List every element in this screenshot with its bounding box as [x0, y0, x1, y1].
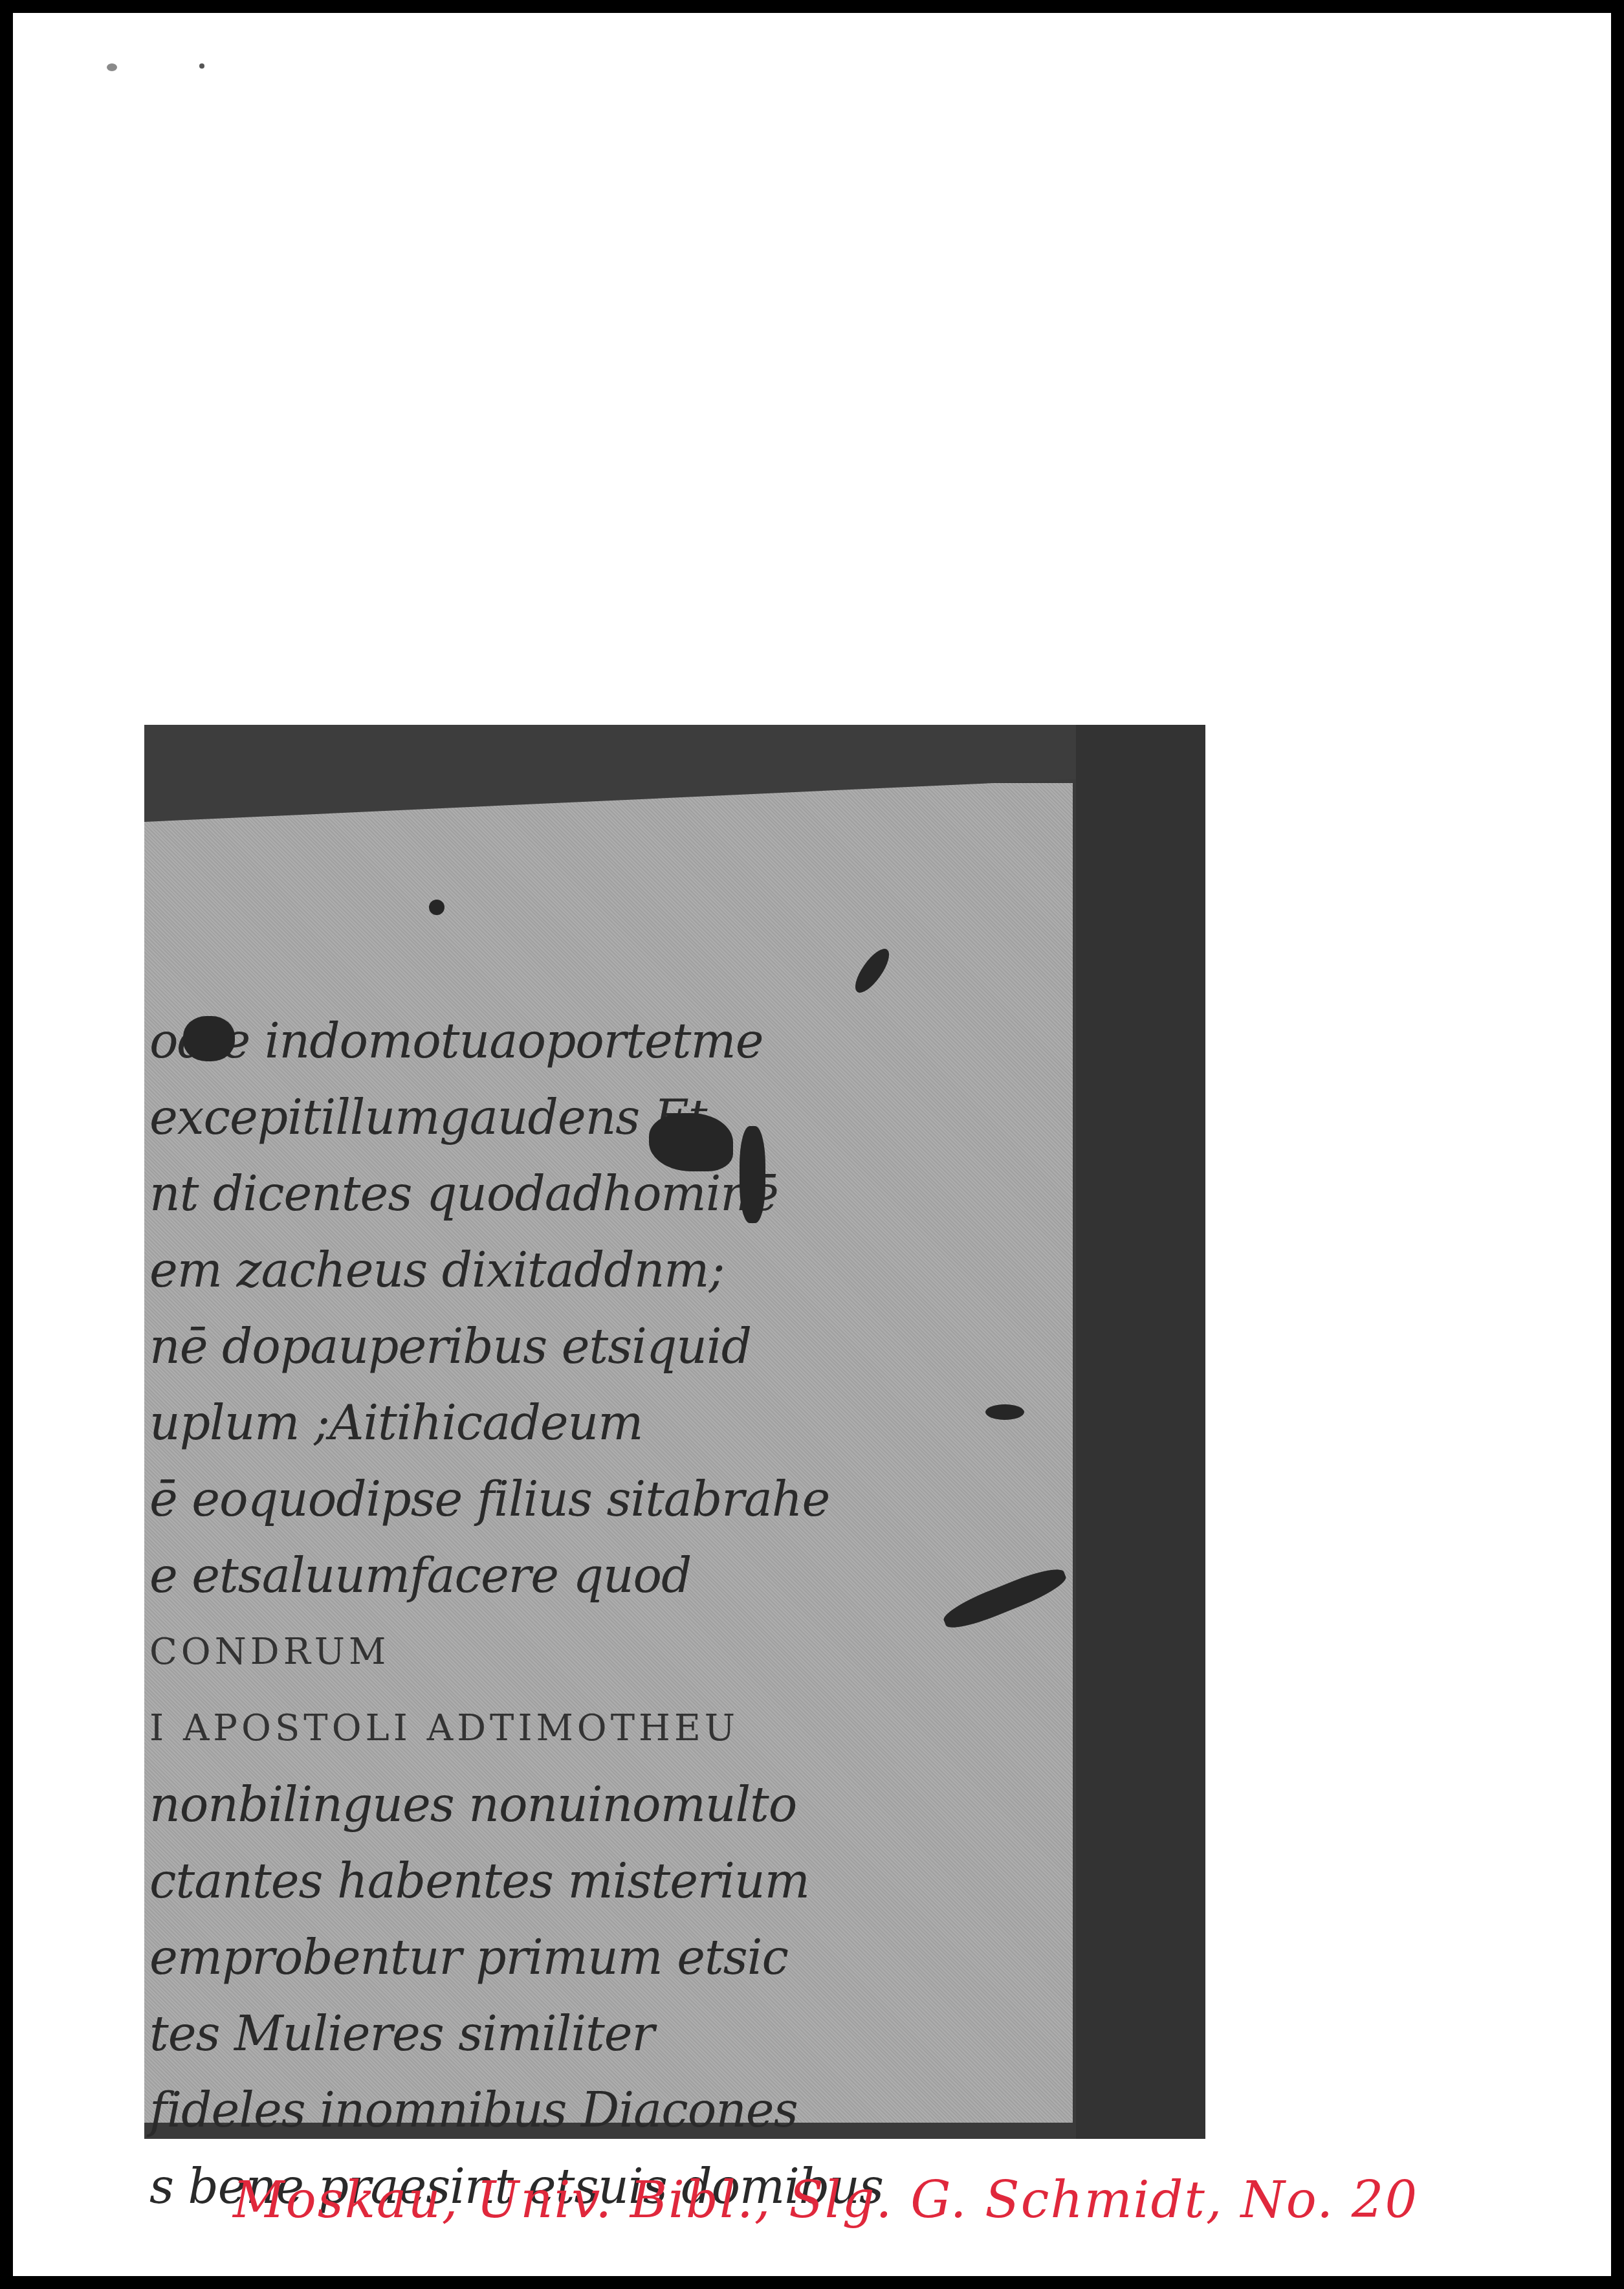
manuscript-line: odie indomotuaoportetme: [144, 1003, 1050, 1079]
manuscript-line: tes Mulieres similiter: [144, 1996, 1050, 2072]
manuscript-line: nē dopauperibus etsiquid: [144, 1309, 1050, 1385]
handwritten-caption: Moskau, Univ. Bibl., Slg. G. Schmidt, No…: [233, 2171, 1418, 2229]
scan-speck: [107, 63, 117, 71]
manuscript-line: excepitillumgaudens Et: [144, 1079, 1050, 1156]
manuscript-line: uplum ;Aitihicadeum: [144, 1385, 1050, 1461]
manuscript-text: odie indomotuaoportetme excepitillumgaud…: [144, 1003, 1050, 2225]
rubric-line: CONDRUM: [144, 1614, 1050, 1690]
scan-speck: [199, 63, 204, 69]
manuscript-line: fideles inomnibus Diacones: [144, 2072, 1050, 2149]
manuscript-line: ctantes habentes misterium: [144, 1843, 1050, 1919]
manuscript-line: e etsaluumfacere quod: [144, 1538, 1050, 1614]
ink-blot: [985, 1404, 1024, 1420]
manuscript-line: em zacheus dixitaddnm;: [144, 1232, 1050, 1309]
rubric-line: I APOSTOLI ADTIMOTHEU: [144, 1690, 1050, 1767]
parchment-leaf: odie indomotuaoportetme excepitillumgaud…: [144, 783, 1073, 2123]
ink-blot: [183, 1016, 235, 1061]
ink-blot: [740, 1126, 765, 1223]
ink-blot: [429, 900, 444, 915]
manuscript-line: nt dicentes quodadhominē: [144, 1156, 1050, 1232]
ink-blot: [649, 1113, 733, 1171]
ink-blot: [850, 944, 895, 998]
photo-right-shadow: [1076, 725, 1205, 2139]
manuscript-line: nonbilingues nonuinomulto: [144, 1767, 1050, 1843]
manuscript-photograph: odie indomotuaoportetme excepitillumgaud…: [144, 725, 1205, 2139]
manuscript-line: ē eoquodipse filius sitabrahe: [144, 1461, 1050, 1538]
manuscript-line: emprobentur primum etsic: [144, 1919, 1050, 1996]
